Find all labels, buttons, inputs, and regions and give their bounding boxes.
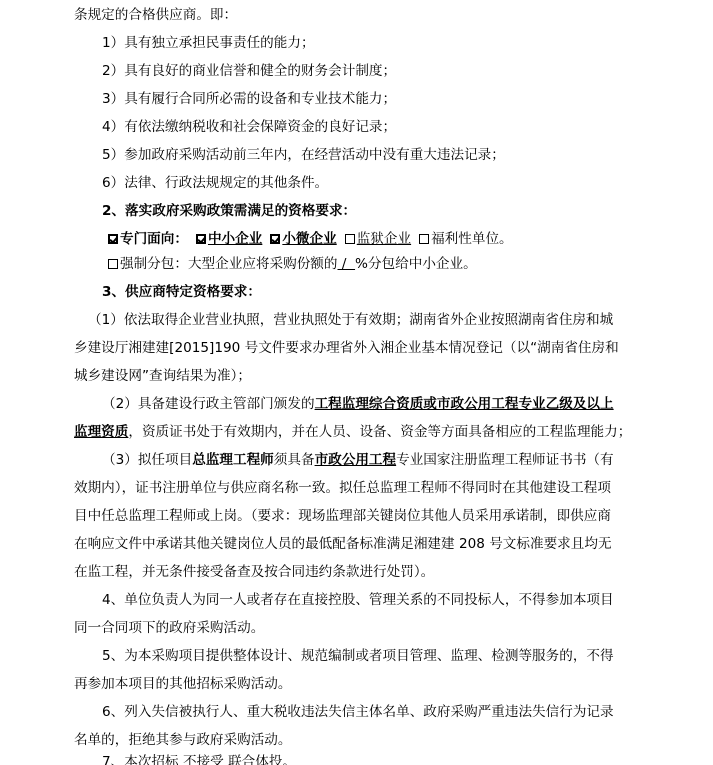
- welfare-unit-label: 福利性单位。: [431, 231, 513, 247]
- item3-line2: 效期内），证书注册单位与供应商名称一致。拟任总监理工程师不得同时在其他建设工程项: [74, 478, 611, 498]
- basic-requirement-4: 4）有依法缴纳税收和社会保障资金的良好记录；: [102, 117, 396, 137]
- forced-subcontract-row: 强制分包：大型企业应将采购份额的 / %分包给中小企业。: [108, 254, 477, 274]
- item2-emphasis-2: 监理资质: [74, 424, 128, 440]
- basic-requirement-6: 6）法律、行政法规规定的其他条件。: [102, 173, 328, 193]
- item2-emphasis-1: 工程监理综合资质或市政公用工程专业乙级及以上: [315, 396, 614, 412]
- item1-line3: 城乡建设网”查询结果为准）；: [74, 366, 251, 386]
- basic-requirement-5: 5）参加政府采购活动前三年内，在经营活动中没有重大违法记录；: [102, 145, 505, 165]
- forced-subcontract-suffix: %分包给中小企业。: [355, 256, 477, 272]
- intro-line: 条规定的合格供应商。即：: [74, 5, 237, 25]
- prison-enterprise-checkbox[interactable]: [345, 234, 355, 244]
- item2-suffix: ，资质证书处于有效期内，并在人员、设备、资金等方面具备相应的工程监理能力；: [128, 424, 631, 440]
- item3-rest: 专业国家注册监理工程师证书书（有: [396, 452, 614, 468]
- sme-label: 中小企业: [208, 231, 262, 247]
- special-oriented-label: 专门面向：: [120, 231, 188, 247]
- micro-enterprise-label: 小微企业: [282, 231, 336, 247]
- special-oriented-checkbox[interactable]: [108, 234, 118, 244]
- section4-line1: 4、单位负责人为同一人或者存在直接控股、管理关系的不同投标人，不得参加本项目: [102, 590, 614, 610]
- sme-checkbox[interactable]: [196, 234, 206, 244]
- welfare-unit-checkbox[interactable]: [419, 234, 429, 244]
- item3-line1: （3）拟任项目总监理工程师须具备市政公用工程专业国家注册监理工程师证书书（有: [102, 450, 614, 470]
- basic-requirement-2: 2）具有良好的商业信誉和健全的财务会计制度；: [102, 61, 396, 81]
- section5-line1: 5、为本采购项目提供整体设计、规范编制或者项目管理、监理、检测等服务的，不得: [102, 646, 614, 666]
- item3-mid: 须具备: [274, 452, 315, 468]
- section5-line2: 再参加本项目的其他招标采购活动。: [74, 674, 292, 694]
- item3-bold-chief-engineer: 总监理工程师: [192, 452, 274, 468]
- item2-line2: 监理资质，资质证书处于有效期内，并在人员、设备、资金等方面具备相应的工程监理能力…: [74, 422, 631, 442]
- item3-line5: 在监工程，并无条件接受备查及按合同违约条款进行处罚）。: [74, 562, 434, 582]
- forced-subcontract-checkbox[interactable]: [108, 259, 118, 269]
- micro-enterprise-checkbox[interactable]: [270, 234, 280, 244]
- section2-heading: 2、落实政府采购政策需满足的资格要求：: [102, 201, 356, 221]
- basic-requirement-3: 3）具有履行合同所必需的设备和专业技术能力；: [102, 89, 396, 109]
- item1-line1: （1）依法取得企业营业执照，营业执照处于有效期；湖南省外企业按照湖南省住房和城: [88, 310, 613, 330]
- item3-prefix: （3）拟任项目: [102, 452, 192, 468]
- section7-suffix: 联合体投。: [228, 754, 296, 765]
- section7-prefix: 7、本次招标: [102, 754, 179, 765]
- item3-line4: 在响应文件中承诺其他关键岗位人员的最低配备标准满足湘建建 208 号文标准要求且…: [74, 534, 612, 554]
- item2-line1: （2）具备建设行政主管部门颁发的工程监理综合资质或市政公用工程专业乙级及以上: [102, 394, 614, 414]
- basic-requirement-1: 1）具有独立承担民事责任的能力；: [102, 33, 315, 53]
- section7-underlined: 不接受: [179, 754, 228, 765]
- section6-line1: 6、列入失信被执行人、重大税收违法失信主体名单、政府采购严重违法失信行为记录: [102, 702, 614, 722]
- item1-line2: 乡建设厅湘建建[2015]190 号文件要求办理省外入湘企业基本情况登记（以“湖…: [74, 338, 619, 358]
- item3-line3: 目中任总监理工程师或上岗。（要求：现场监理部关键岗位其他人员采用承诺制，即供应商: [74, 506, 611, 526]
- special-oriented-row: 专门面向：中小企业小微企业监狱企业福利性单位。: [108, 229, 513, 249]
- prison-enterprise-label: 监狱企业: [357, 231, 411, 247]
- section7-line: 7、本次招标 不接受 联合体投。: [102, 752, 296, 765]
- forced-subcontract-blank: /: [338, 256, 356, 272]
- section4-line2: 同一合同项下的政府采购活动。: [74, 618, 264, 638]
- item3-bold-municipal: 市政公用工程: [315, 452, 397, 468]
- section3-heading: 3、供应商特定资格要求：: [102, 282, 261, 302]
- section6-line2: 名单的，拒绝其参与政府采购活动。: [74, 730, 292, 750]
- forced-subcontract-prefix: 强制分包：大型企业应将采购份额的: [120, 256, 338, 272]
- item2-prefix: （2）具备建设行政主管部门颁发的: [102, 396, 315, 412]
